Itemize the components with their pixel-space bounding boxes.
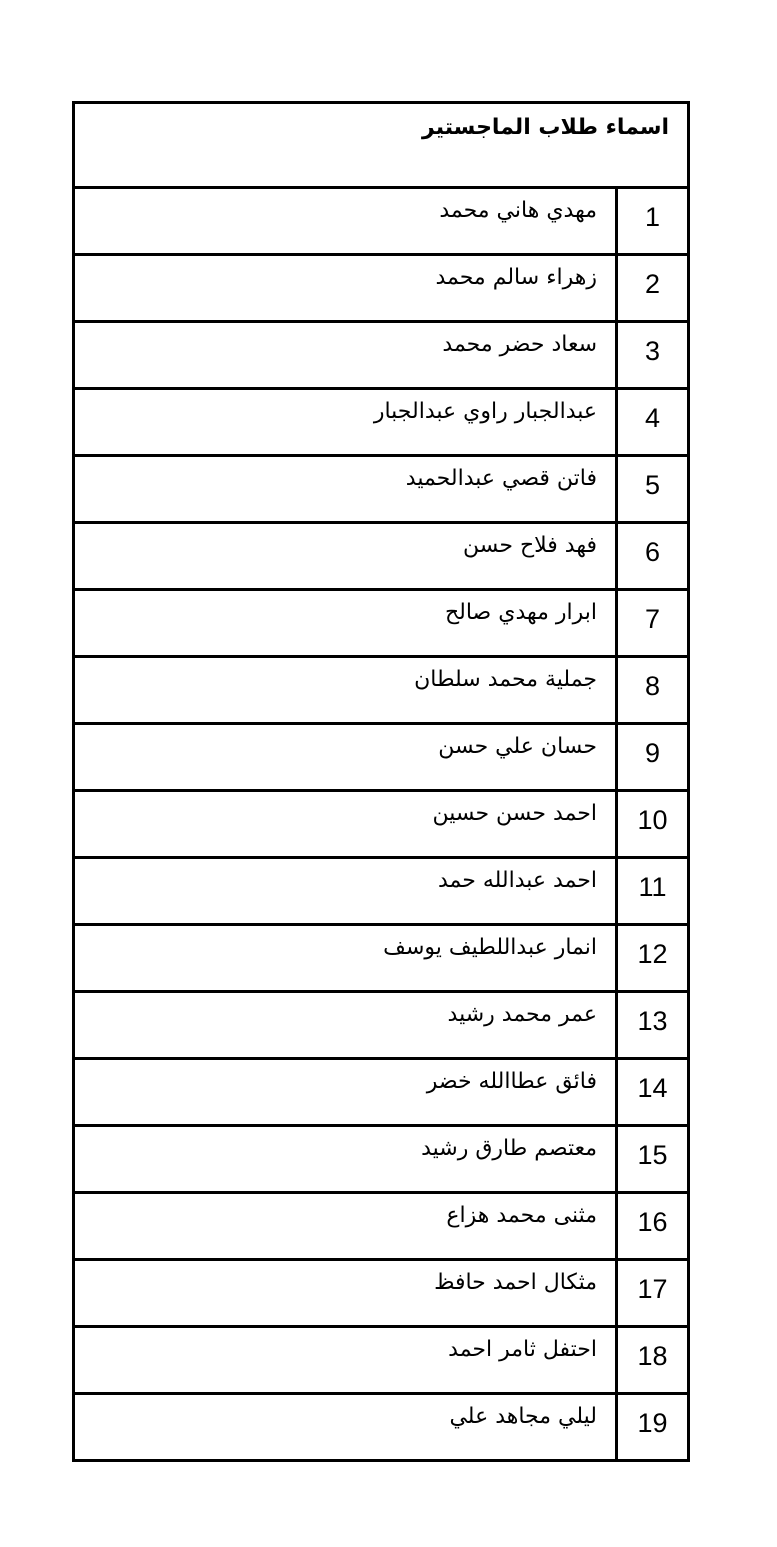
row-number-cell: 6 [617, 523, 689, 590]
row-number-cell: 12 [617, 925, 689, 992]
student-name-cell: سعاد حضر محمد [74, 322, 617, 389]
row-number: 14 [637, 1073, 667, 1103]
table-row: 5 فاتن قصي عبدالحميد [74, 456, 689, 523]
table-row: 17 مثكال احمد حافظ [74, 1260, 689, 1327]
student-name-cell: ليلي مجاهد علي [74, 1394, 617, 1461]
students-table: اسماء طلاب الماجستير 1 مهدي هاني محمد 2 … [72, 101, 690, 1462]
student-name-cell: انمار عبداللطيف يوسف [74, 925, 617, 992]
student-name-cell: فهد فلاح حسن [74, 523, 617, 590]
row-number-cell: 9 [617, 724, 689, 791]
student-name-cell: جملية محمد سلطان [74, 657, 617, 724]
row-number-cell: 14 [617, 1059, 689, 1126]
student-name-cell: احتفل ثامر احمد [74, 1327, 617, 1394]
student-name: ابرار مهدي صالح [445, 599, 597, 627]
row-number-cell: 4 [617, 389, 689, 456]
table-row: 10 احمد حسن حسين [74, 791, 689, 858]
student-name-cell: احمد عبدالله حمد [74, 858, 617, 925]
document-page: اسماء طلاب الماجستير 1 مهدي هاني محمد 2 … [0, 0, 777, 1547]
table-row: 3 سعاد حضر محمد [74, 322, 689, 389]
row-number: 12 [637, 939, 667, 969]
row-number-cell: 7 [617, 590, 689, 657]
student-name: انمار عبداللطيف يوسف [383, 934, 597, 962]
row-number-cell: 13 [617, 992, 689, 1059]
row-number: 1 [645, 202, 660, 232]
student-name-cell: مثنى محمد هزاع [74, 1193, 617, 1260]
student-name: فهد فلاح حسن [463, 532, 597, 560]
row-number: 17 [637, 1274, 667, 1304]
table-row: 18 احتفل ثامر احمد [74, 1327, 689, 1394]
row-number-cell: 17 [617, 1260, 689, 1327]
row-number: 3 [645, 336, 660, 366]
table-row: 6 فهد فلاح حسن [74, 523, 689, 590]
table-row: 15 معتصم طارق رشيد [74, 1126, 689, 1193]
row-number: 8 [645, 671, 660, 701]
student-name: فاتن قصي عبدالحميد [406, 465, 597, 493]
table-row: 4 عبدالجبار راوي عبدالجبار [74, 389, 689, 456]
student-name-cell: عبدالجبار راوي عبدالجبار [74, 389, 617, 456]
student-name: ليلي مجاهد علي [449, 1403, 597, 1431]
table-row: 7 ابرار مهدي صالح [74, 590, 689, 657]
row-number: 18 [637, 1341, 667, 1371]
table-row: 1 مهدي هاني محمد [74, 188, 689, 255]
row-number: 11 [639, 872, 667, 902]
row-number-cell: 3 [617, 322, 689, 389]
table-row: 8 جملية محمد سلطان [74, 657, 689, 724]
student-name-cell: زهراء سالم محمد [74, 255, 617, 322]
student-name: مثنى محمد هزاع [446, 1202, 597, 1230]
student-name: مثكال احمد حافظ [434, 1269, 597, 1297]
row-number: 4 [645, 403, 660, 433]
student-name-cell: معتصم طارق رشيد [74, 1126, 617, 1193]
student-name: سعاد حضر محمد [442, 331, 597, 359]
row-number: 6 [645, 537, 660, 567]
row-number-cell: 19 [617, 1394, 689, 1461]
student-name-cell: مثكال احمد حافظ [74, 1260, 617, 1327]
row-number: 15 [637, 1140, 667, 1170]
row-number-cell: 2 [617, 255, 689, 322]
student-name: احمد عبدالله حمد [438, 867, 597, 895]
student-name: احتفل ثامر احمد [448, 1336, 597, 1364]
student-name-cell: احمد حسن حسين [74, 791, 617, 858]
row-number-cell: 15 [617, 1126, 689, 1193]
table-row: 16 مثنى محمد هزاع [74, 1193, 689, 1260]
student-name: معتصم طارق رشيد [421, 1135, 597, 1163]
student-name: احمد حسن حسين [432, 800, 597, 828]
row-number: 13 [637, 1006, 667, 1036]
table-title-cell: اسماء طلاب الماجستير [74, 103, 689, 188]
table-row: 13 عمر محمد رشيد [74, 992, 689, 1059]
row-number-cell: 5 [617, 456, 689, 523]
student-name: جملية محمد سلطان [414, 666, 597, 694]
student-name-cell: حسان علي حسن [74, 724, 617, 791]
student-name: فائق عطاالله خضر [427, 1068, 597, 1096]
student-name-cell: عمر محمد رشيد [74, 992, 617, 1059]
row-number-cell: 10 [617, 791, 689, 858]
row-number-cell: 16 [617, 1193, 689, 1260]
table-row: 11 احمد عبدالله حمد [74, 858, 689, 925]
table-title-row: اسماء طلاب الماجستير [74, 103, 689, 188]
table-row: 12 انمار عبداللطيف يوسف [74, 925, 689, 992]
row-number: 7 [645, 604, 660, 634]
student-name: زهراء سالم محمد [435, 264, 597, 292]
student-name-cell: ابرار مهدي صالح [74, 590, 617, 657]
row-number: 2 [645, 269, 660, 299]
row-number: 16 [637, 1207, 667, 1237]
student-name-cell: فائق عطاالله خضر [74, 1059, 617, 1126]
table-row: 2 زهراء سالم محمد [74, 255, 689, 322]
table-row: 14 فائق عطاالله خضر [74, 1059, 689, 1126]
row-number-cell: 8 [617, 657, 689, 724]
row-number-cell: 11 [617, 858, 689, 925]
table-row: 9 حسان علي حسن [74, 724, 689, 791]
row-number: 9 [645, 738, 660, 768]
row-number: 5 [645, 470, 660, 500]
row-number-cell: 18 [617, 1327, 689, 1394]
student-name-cell: فاتن قصي عبدالحميد [74, 456, 617, 523]
row-number-cell: 1 [617, 188, 689, 255]
student-name-cell: مهدي هاني محمد [74, 188, 617, 255]
table-title: اسماء طلاب الماجستير [422, 114, 669, 142]
student-name: عمر محمد رشيد [448, 1001, 597, 1029]
student-name: عبدالجبار راوي عبدالجبار [374, 398, 597, 426]
row-number: 10 [637, 805, 667, 835]
row-number: 19 [637, 1408, 667, 1438]
table-row: 19 ليلي مجاهد علي [74, 1394, 689, 1461]
student-name: حسان علي حسن [438, 733, 597, 761]
student-name: مهدي هاني محمد [439, 197, 597, 225]
